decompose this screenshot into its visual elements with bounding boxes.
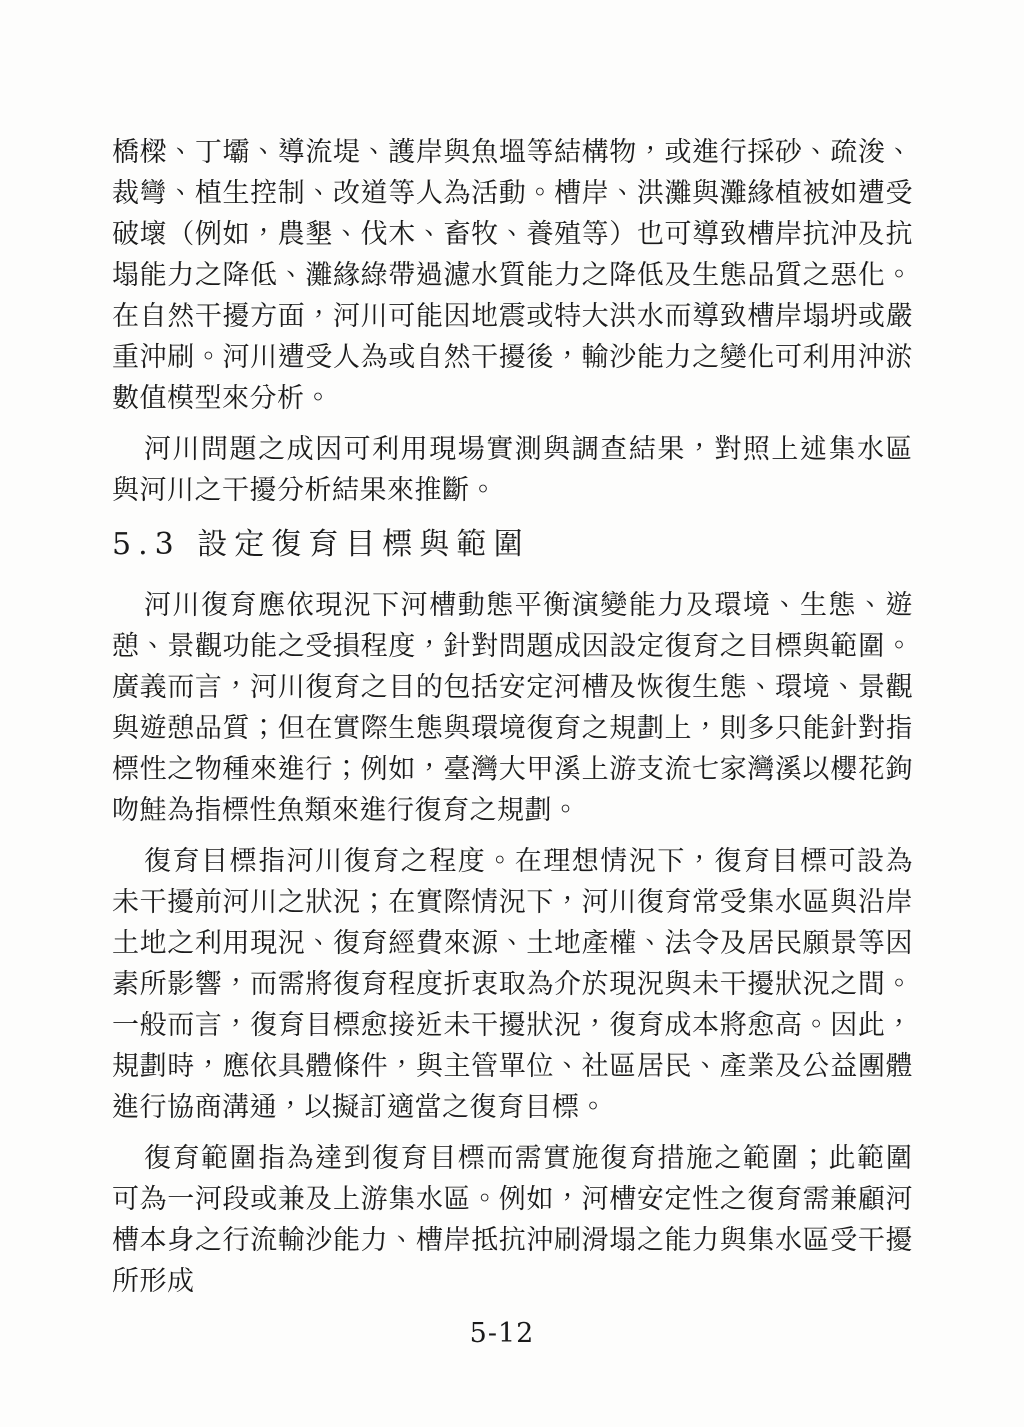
paragraph-restoration-goals-scope: 河川復育應依現況下河槽動態平衡演變能力及環境、生態、遊憩、景觀功能之受損程度，針…	[112, 585, 913, 831]
page-number: 5-12	[0, 1318, 1014, 1349]
paragraph-restoration-scope-definition: 復育範圍指為達到復育目標而需實施復育措施之範圍；此範圍可為一河段或兼及上游集水區…	[112, 1138, 913, 1302]
page-body: 橋樑、丁壩、導流堤、護岸與魚塭等結構物，或進行採砂、疏浚、裁彎、植生控制、改道等…	[112, 132, 913, 1302]
section-heading-5-3: 5.3 設定復育目標與範圍	[112, 523, 913, 567]
document-page: 橋樑、丁壩、導流堤、護岸與魚塭等結構物，或進行採砂、疏浚、裁彎、植生控制、改道等…	[0, 0, 1024, 1427]
paragraph-restoration-target-degree: 復育目標指河川復育之程度。在理想情況下，復育目標可設為未干擾前河川之狀況；在實際…	[112, 841, 913, 1128]
paragraph-problem-causes: 河川問題之成因可利用現場實測與調查結果，對照上述集水區與河川之干擾分析結果來推斷…	[112, 429, 913, 511]
paragraph-structures-and-disturbance: 橋樑、丁壩、導流堤、護岸與魚塭等結構物，或進行採砂、疏浚、裁彎、植生控制、改道等…	[112, 132, 913, 419]
